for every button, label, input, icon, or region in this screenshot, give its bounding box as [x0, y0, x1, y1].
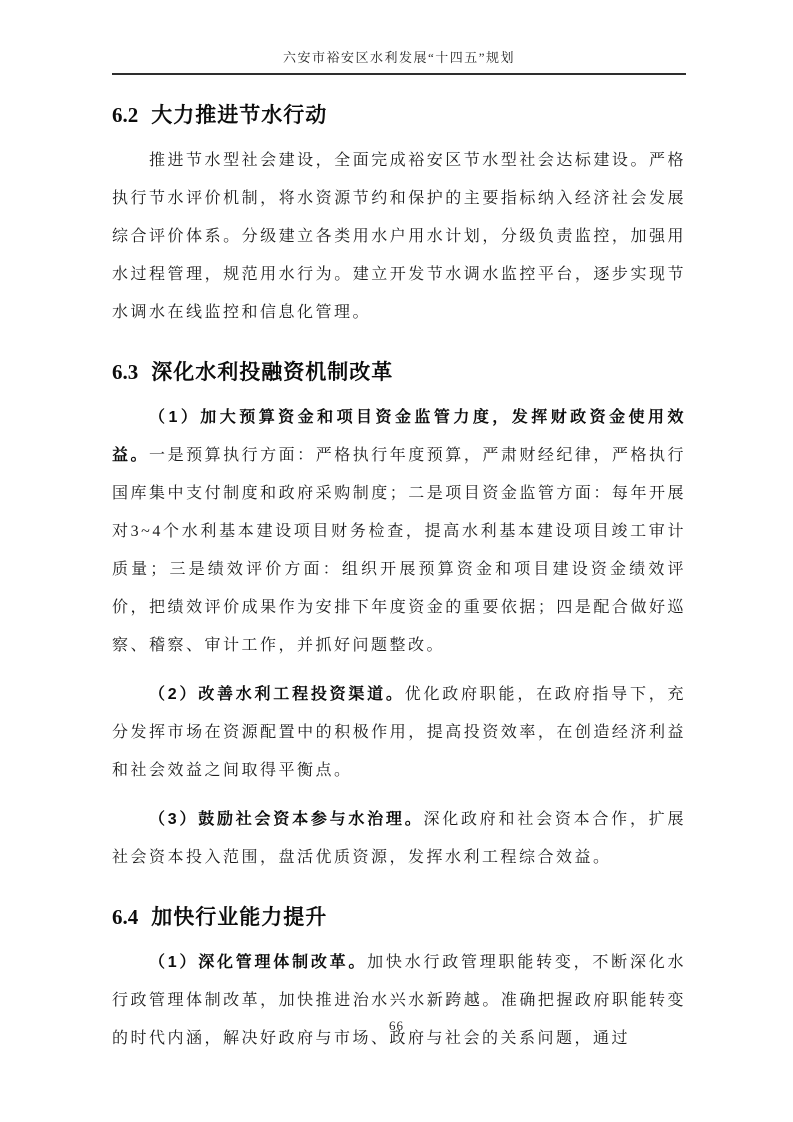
paragraph: （3）鼓励社会资本参与水治理。深化政府和社会资本合作，扩展社会资本投入范围，盘活… — [112, 801, 686, 877]
section-number: 6.4 — [112, 905, 138, 929]
page-number: 66 — [0, 1018, 793, 1034]
section-6-4: 6.4加快行业能力提升 （1）深化管理体制改革。加快水行政管理职能转变，不断深化… — [112, 902, 686, 1058]
section-title: 大力推进节水行动 — [151, 104, 327, 127]
document-page: { "page": { "header_title": "六安市裕安区水利发展“… — [0, 0, 793, 1122]
section-heading-6-2: 6.2大力推进节水行动 — [112, 100, 686, 131]
bold-text-run: （2）改善水利工程投资渠道。 — [149, 686, 405, 703]
bold-text-run: （1）深化管理体制改革。 — [149, 954, 367, 971]
section-6-3: 6.3深化水利投融资机制改革 （1）加大预算资金和项目资金监管力度，发挥财政资金… — [112, 357, 686, 877]
text-run: 一是预算执行方面：严格执行年度预算，严肃财经纪律，严格执行国库集中支付制度和政府… — [112, 447, 686, 654]
section-heading-6-4: 6.4加快行业能力提升 — [112, 902, 686, 933]
page: 六安市裕安区水利发展“十四五”规划 6.2大力推进节水行动 推进节水型社会建设，… — [0, 0, 793, 1122]
paragraph: （2）改善水利工程投资渠道。优化政府职能，在政府指导下，充分发挥市场在资源配置中… — [112, 676, 686, 790]
section-title: 深化水利投融资机制改革 — [151, 361, 393, 384]
section-title: 加快行业能力提升 — [151, 906, 327, 929]
page-header: 六安市裕安区水利发展“十四五”规划 — [112, 0, 686, 75]
bold-text-run: （3）鼓励社会资本参与水治理。 — [149, 811, 423, 828]
section-number: 6.3 — [112, 360, 138, 384]
section-heading-6-3: 6.3深化水利投融资机制改革 — [112, 357, 686, 388]
paragraph: （1）加大预算资金和项目资金监管力度，发挥财政资金使用效益。一是预算执行方面：严… — [112, 399, 686, 665]
paragraph: （1）深化管理体制改革。加快水行政管理职能转变，不断深化水行政管理体制改革，加快… — [112, 944, 686, 1058]
section-6-2: 6.2大力推进节水行动 推进节水型社会建设，全面完成裕安区节水型社会达标建设。严… — [112, 100, 686, 332]
paragraph: 推进节水型社会建设，全面完成裕安区节水型社会达标建设。严格执行节水评价机制，将水… — [112, 142, 686, 332]
text-run: 推进节水型社会建设，全面完成裕安区节水型社会达标建设。严格执行节水评价机制，将水… — [112, 152, 686, 321]
section-number: 6.2 — [112, 103, 138, 127]
page-header-title: 六安市裕安区水利发展“十四五”规划 — [283, 50, 515, 65]
